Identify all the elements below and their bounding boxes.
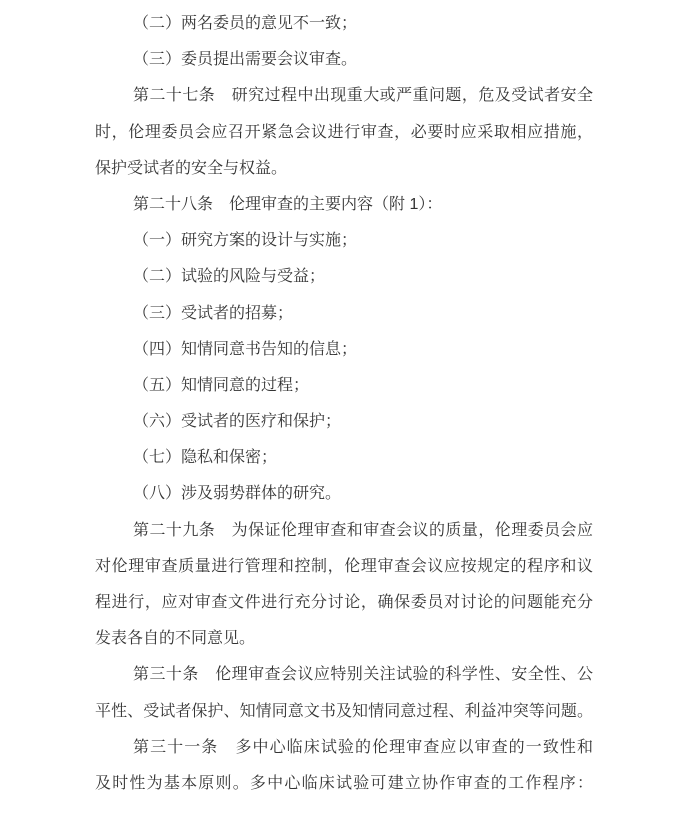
document-line: （一）研究方案的设计与实施； (95, 223, 593, 259)
document-line: 程进行，应对审查文件进行充分讨论，确保委员对讨论的问题能充分 (95, 585, 593, 621)
document-line: 第三十条 伦理审查会议应特别关注试验的科学性、安全性、公 (95, 657, 593, 693)
document-line: （八）涉及弱势群体的研究。 (95, 476, 593, 512)
document-line: 保护受试者的安全与权益。 (95, 151, 593, 187)
document-line: （二）试验的风险与受益； (95, 259, 593, 295)
document-line: 第二十八条 伦理审查的主要内容（附 1）： (95, 187, 593, 223)
document-line: 第二十九条 为保证伦理审查和审查会议的质量，伦理委员会应 (95, 513, 593, 549)
document-line: （四）知情同意书告知的信息； (95, 332, 593, 368)
document-line: （六）受试者的医疗和保护； (95, 404, 593, 440)
document-line: 第三十一条 多中心临床试验的伦理审查应以审查的一致性和 (95, 730, 593, 766)
document-line: （七）隐私和保密； (95, 440, 593, 476)
document-line: （二）两名委员的意见不一致； (95, 6, 593, 42)
document-page: （二）两名委员的意见不一致； （三）委员提出需要会议审查。 第二十七条 研究过程… (0, 0, 690, 816)
document-line: 对伦理审查质量进行管理和控制，伦理审查会议应按规定的程序和议 (95, 549, 593, 585)
document-line: （三）委员提出需要会议审查。 (95, 42, 593, 78)
document-line: 发表各自的不同意见。 (95, 621, 593, 657)
document-line: （三）受试者的招募； (95, 296, 593, 332)
document-line: （五）知情同意的过程； (95, 368, 593, 404)
document-line: 平性、受试者保护、知情同意文书及知情同意过程、利益冲突等问题。 (95, 694, 593, 730)
document-line: 及时性为基本原则。多中心临床试验可建立协作审查的工作程序： (95, 766, 593, 802)
document-line: 第二十七条 研究过程中出现重大或严重问题，危及受试者安全 (95, 78, 593, 114)
document-line: 时，伦理委员会应召开紧急会议进行审查，必要时应采取相应措施， (95, 115, 593, 151)
